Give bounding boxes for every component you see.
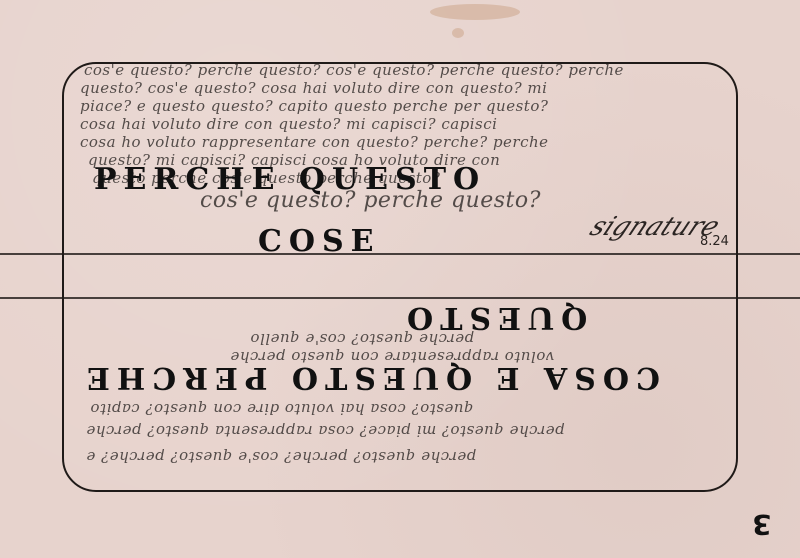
- signature-date: 8.24: [700, 234, 729, 249]
- handwriting-line: cosa ho voluto rappresentare con questo?…: [80, 134, 549, 151]
- handwriting-large: cos'e questo? perche questo?: [200, 192, 541, 209]
- handwriting-line-inverted: perche questo? cos'e quello: [250, 330, 474, 347]
- handwriting-line: cos'e questo? perche questo? cos'e quest…: [84, 62, 624, 79]
- handwriting-line: piace? e questo questo? capito questo pe…: [80, 98, 548, 115]
- handwriting-line: cosa hai voluto dire con questo? mi capi…: [80, 116, 497, 133]
- paper-stain: [452, 28, 464, 38]
- artwork-paper: cos'e questo? perche questo? cos'e quest…: [0, 0, 800, 558]
- corner-number-inverted: 3: [752, 508, 771, 541]
- stencil-text-cosa-e-questo-perche-inverted: COSA E QUESTO PERCHE: [80, 360, 660, 395]
- handwriting-line-inverted: perche questo? perche? cos'e questo? per…: [86, 448, 476, 465]
- handwriting-line: questo? cos'e questo? cosa hai voluto di…: [80, 80, 547, 97]
- stencil-text-cose: COSE: [258, 224, 381, 259]
- handwriting-line-inverted: questo? cosa hai voluto dire con questo?…: [90, 400, 474, 417]
- paper-stain: [430, 4, 520, 20]
- handwriting-line-inverted: perche questo? mi piace? cosa rappresent…: [86, 422, 565, 439]
